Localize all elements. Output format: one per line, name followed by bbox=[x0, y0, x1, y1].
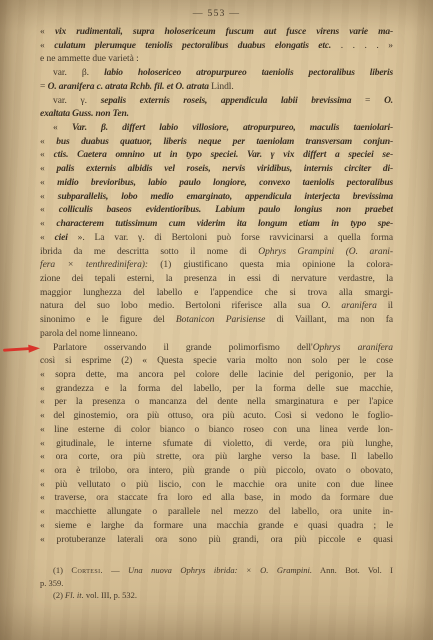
text-line: « midio brevioribus, labio paulo longior… bbox=[40, 177, 393, 191]
text-line: « più vellutato o più liscio, con le mac… bbox=[40, 479, 393, 493]
text-line: parola del nome linneano. bbox=[40, 328, 393, 342]
text-line: var. β. labio holosericeo atropurpureo t… bbox=[40, 67, 393, 81]
text-line: zione dei tepali esterni, la presenza in… bbox=[40, 273, 393, 287]
text-line: così si esprime (2) « Questa specie vari… bbox=[40, 355, 393, 369]
text-line: « colliculis baseos evidentioribus. Labi… bbox=[40, 204, 393, 218]
text-line: « sopra dette, ma ancora pel colore dell… bbox=[40, 369, 393, 383]
text-line: « bus duabus quatuor, liberis neque per … bbox=[40, 136, 393, 150]
text-line: « ora corte, ora più strette, ora più la… bbox=[40, 451, 393, 465]
footnote-line: (2) Fl. it. vol. III, p. 532. bbox=[40, 589, 393, 602]
body-text: « vix rudimentali, supra holosericeum fu… bbox=[40, 26, 393, 547]
text-line: exaltata Guss. non Ten. bbox=[40, 108, 393, 122]
footnotes: (1) Cortesi. — Una nuova Ophrys ibrida: … bbox=[40, 564, 393, 602]
text-line: e ne ammette due varietà : bbox=[40, 53, 393, 67]
book-page: — 553 — « vix rudimentali, supra holoser… bbox=[0, 0, 433, 640]
text-line: « traverse, ora staccate fra loro ed all… bbox=[40, 492, 393, 506]
text-line: « grandezza e la forma del labello, per … bbox=[40, 383, 393, 397]
text-line: « ciei ». La var. γ. di Bertoloni può fo… bbox=[40, 232, 393, 246]
text-line: « culatum plerumque teniolis pectoralibu… bbox=[40, 40, 393, 54]
text-line: « line esterne di color bianco o bianco … bbox=[40, 424, 393, 438]
text-line: « macchiette allungate o parallele nel m… bbox=[40, 506, 393, 520]
text-line: var. γ. sepalis externis roseis, appendi… bbox=[40, 95, 393, 109]
text-line: « ora è trilobo, ora intero, più grande … bbox=[40, 465, 393, 479]
footnote-line: p. 359. bbox=[40, 577, 393, 590]
text-line: « protuberanze laterali ora sono più gra… bbox=[40, 534, 393, 548]
text-line: sinonimo e le figure del Botanicon Paris… bbox=[40, 314, 393, 328]
text-line: « del ginostemio, ora più ottuso, ora pi… bbox=[40, 410, 393, 424]
text-line: ibrida da me descritta sotto il nome di … bbox=[40, 246, 393, 260]
text-line: Parlatore osservando il grande polimorfi… bbox=[40, 342, 393, 356]
text-line: « palis externis albidis vel roseis, ner… bbox=[40, 163, 393, 177]
text-line: « subparallelis, lobo medio emarginato, … bbox=[40, 191, 393, 205]
footnote-line: (1) Cortesi. — Una nuova Ophrys ibrida: … bbox=[40, 564, 393, 577]
page-number: — 553 — bbox=[40, 8, 393, 21]
text-line: « gitudinale, le interne sfumate di viol… bbox=[40, 438, 393, 452]
red-arrow-icon bbox=[3, 343, 40, 355]
text-line: = O. aranifera c. atrata Rchb. fil. et O… bbox=[40, 81, 393, 95]
red-arrow-annotation bbox=[3, 343, 40, 355]
text-line: « Var. β. differt labio villosiore, atro… bbox=[40, 122, 393, 136]
text-line: « vix rudimentali, supra holosericeum fu… bbox=[40, 26, 393, 40]
text-line: « sieme e larghe da formare una macchia … bbox=[40, 520, 393, 534]
text-line: « per la presenza o mancanza del dente n… bbox=[40, 396, 393, 410]
text-line: natura del suo lobo medio. Bertoloni rif… bbox=[40, 300, 393, 314]
text-line: maggior lunghezza del labello e l'append… bbox=[40, 287, 393, 301]
text-line: « characterem tutissimum cum viderim ita… bbox=[40, 218, 393, 232]
text-line: fera × tenthredinifera): (1) giustifican… bbox=[40, 259, 393, 273]
text-line: « ctis. Caetera omnino ut in typo specie… bbox=[40, 149, 393, 163]
